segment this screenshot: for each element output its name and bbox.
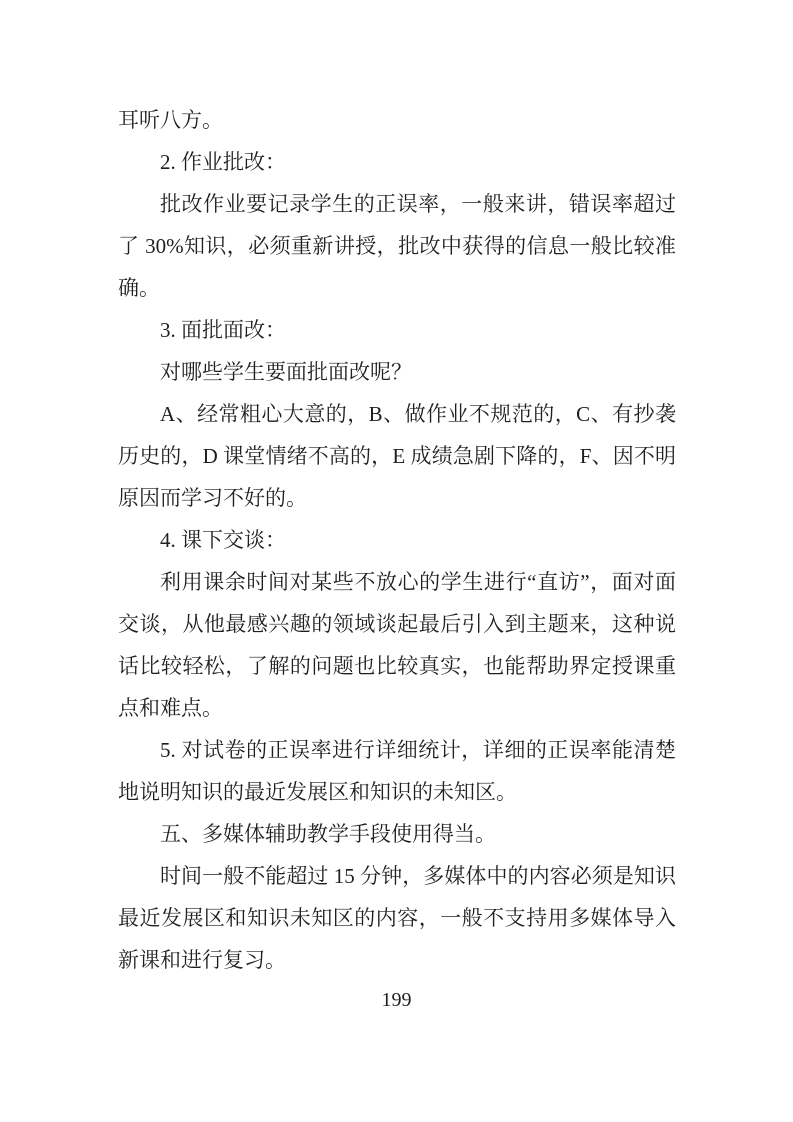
page-number: 199 [382,989,412,1011]
paragraph: A、经常粗心大意的，B、做作业不规范的，C、有抄袭历史的，D 课堂情绪不高的，E… [118,393,676,519]
document-body: 耳听八方。2. 作业批改：批改作业要记录学生的正误率，一般来讲，错误率超过了 3… [118,99,676,981]
paragraph: 耳听八方。 [118,99,676,141]
paragraph: 3. 面批面改： [118,309,676,351]
paragraph: 利用课余时间对某些不放心的学生进行“直访”，面对面交谈，从他最感兴趣的领域谈起最… [118,561,676,729]
paragraph: 对哪些学生要面批面改呢？ [118,351,676,393]
paragraph: 时间一般不能超过 15 分钟，多媒体中的内容必须是知识最近发展区和知识未知区的内… [118,855,676,981]
paragraph: 2. 作业批改： [118,141,676,183]
paragraph: 五、多媒体辅助教学手段使用得当。 [118,813,676,855]
paragraph: 4. 课下交谈： [118,519,676,561]
page-footer: 199 [0,986,793,1014]
document-page: 耳听八方。2. 作业批改：批改作业要记录学生的正误率，一般来讲，错误率超过了 3… [0,0,793,1122]
paragraph: 5. 对试卷的正误率进行详细统计，详细的正误率能清楚地说明知识的最近发展区和知识… [118,729,676,813]
paragraph: 批改作业要记录学生的正误率，一般来讲，错误率超过了 30%知识，必须重新讲授，批… [118,183,676,309]
